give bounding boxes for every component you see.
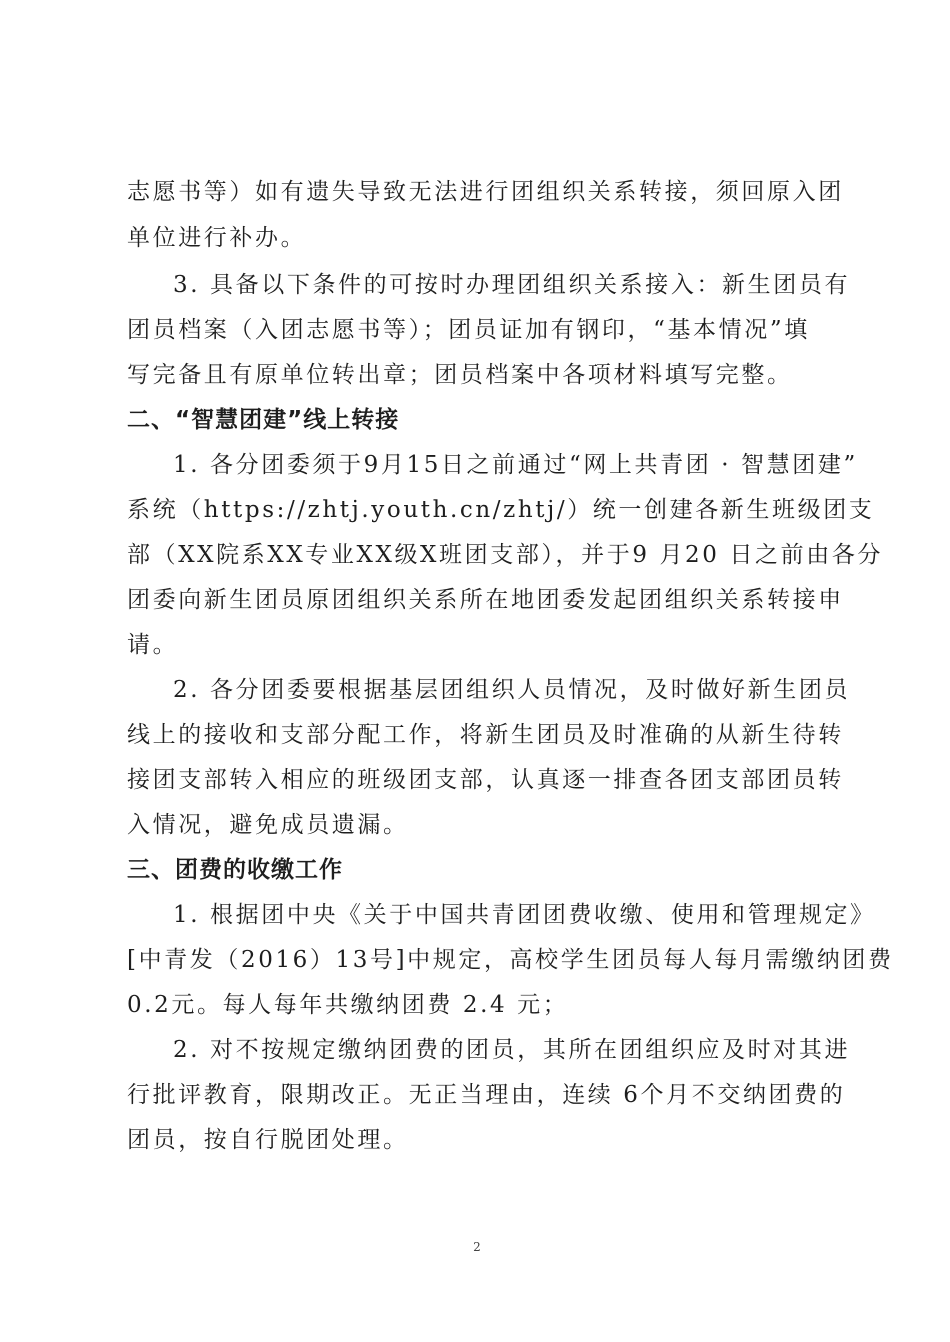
text-line: 系统（https://zhtj.youth.cn/zhtj/）统一创建各新生班级…: [127, 488, 832, 533]
text-line: 0.2元。每人每年共缴纳团费 2.4 元；: [127, 983, 832, 1028]
text-line: 2. 对不按规定缴纳团费的团员，其所在团组织应及时对其进: [127, 1028, 832, 1073]
text-line: 1. 各分团委须于9月15日之前通过“网上共青团 · 智慧团建”: [127, 443, 832, 488]
text-line: 接团支部转入相应的班级团支部，认真逐一排查各团支部团员转: [127, 758, 832, 803]
text-line: 请。: [127, 623, 832, 668]
text-line: 写完备且有原单位转出章；团员档案中各项材料填写完整。: [127, 353, 832, 398]
text-line: 入情况，避免成员遗漏。: [127, 803, 832, 848]
text-line: 线上的接收和支部分配工作，将新生团员及时准确的从新生待转: [127, 713, 832, 758]
text-line: 志愿书等）如有遗失导致无法进行团组织关系转接，须回原入团: [127, 170, 832, 215]
text-line: 团员档案（入团志愿书等）；团员证加有钢印，“基本情况”填: [127, 308, 832, 353]
text-line: 团员，按自行脱团处理。: [127, 1118, 832, 1163]
text-line: 单位进行补办。: [127, 216, 832, 261]
section-heading: 三、团费的收缴工作: [127, 848, 832, 893]
text-line: 1. 根据团中央《关于中国共青团团费收缴、使用和管理规定》: [127, 893, 832, 938]
page-number: 2: [465, 1240, 489, 1254]
text-line: 2. 各分团委要根据基层团组织人员情况，及时做好新生团员: [127, 668, 832, 713]
text-line: 行批评教育，限期改正。无正当理由，连续 6个月不交纳团费的: [127, 1073, 832, 1118]
text-line: 部（XX院系XX专业XX级X班团支部），并于9 月20 日之前由各分: [127, 533, 832, 578]
document-page: 志愿书等）如有遗失导致无法进行团组织关系转接，须回原入团单位进行补办。3. 具备…: [0, 0, 950, 1342]
text-line: 3. 具备以下条件的可按时办理团组织关系接入：新生团员有: [127, 263, 832, 308]
text-line: [中青发（2016）13号]中规定，高校学生团员每人每月需缴纳团费: [127, 938, 832, 983]
section-heading: 二、“智慧团建”线上转接: [127, 398, 832, 443]
text-line: 团委向新生团员原团组织关系所在地团委发起团组织关系转接申: [127, 578, 832, 623]
